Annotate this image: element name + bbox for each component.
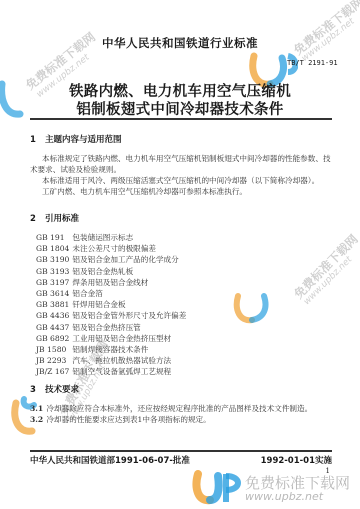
clause-text: 冷却器除应符合本标准外，还应按经规定程序批准的产品图样及技术文件制造。: [46, 404, 312, 413]
reference-code: GB 3190: [36, 254, 70, 265]
reference-code: GB 191: [36, 232, 70, 243]
reference-title: 焊条用铝及铝合金线材: [72, 278, 148, 287]
reference-title: 铝制焊接容器技术条件: [72, 345, 148, 354]
reference-title: 铝及铝合金管外形尺寸及允许偏差: [72, 311, 186, 320]
reference-item: GB 191 包装储运图示标志: [36, 232, 186, 243]
reference-item: GB 3614 铝合金箔: [36, 288, 186, 299]
reference-item: GB 4436 铝及铝合金管外形尺寸及允许偏差: [36, 310, 186, 321]
section-number: 3: [30, 385, 42, 395]
section-title: 引用标准: [45, 214, 79, 224]
industry-standard-label: 中华人民共和国铁道行业标准: [0, 35, 360, 51]
reference-code: GB 6892: [36, 333, 70, 344]
reference-title: 铝及铝合金热挤压管: [72, 323, 140, 332]
reference-title: 工业用铝及铝合金热挤压型材: [72, 334, 171, 343]
reference-item: GB 4437 铝及铝合金热挤压管: [36, 322, 186, 333]
section-paragraph: 工矿内燃、电力机车用空气压缩机冷却器可参照本标准执行。: [30, 187, 332, 198]
up-logo-icon: [232, 290, 277, 330]
reference-code: GB 4436: [36, 310, 70, 321]
section-heading-3: 3 技术要求: [30, 383, 79, 395]
section-heading-2: 2 引用标准: [30, 212, 79, 224]
reference-title: 未注公差尺寸的极限偏差: [72, 244, 156, 253]
clause-item: 3.1 冷却器除应符合本标准外，还应按经规定程序批准的产品图样及技术文件制造。: [30, 403, 312, 414]
reference-code: JB/Z 167: [36, 366, 70, 377]
clause-number: 3.2: [30, 414, 44, 425]
section-paragraph: 本标准适用于风冷、两级压缩活塞式空气压缩机的中间冷却器（以下简称冷却器）。: [30, 176, 332, 187]
section-number: 2: [30, 214, 42, 224]
clause-item: 3.2 冷却器的性能要求应达到表1中各项指标的规定。: [30, 414, 312, 425]
header-divider: [30, 118, 332, 120]
reference-code: GB 3881: [36, 299, 70, 310]
reference-title: 铝制空气设备氩弧焊工艺规程: [72, 367, 171, 376]
reference-item: GB 1804 未注公差尺寸的极限偏差: [36, 243, 186, 254]
reference-title: 钎焊用铝合金板: [72, 300, 125, 309]
reference-item: JB 1580 铝制焊接容器技术条件: [36, 344, 186, 355]
section-number: 1: [30, 135, 42, 145]
watermark-logo-site-url: www.upbz.net: [245, 490, 323, 503]
reference-code: GB 3197: [36, 277, 70, 288]
reference-code: GB 4437: [36, 322, 70, 333]
document-title-line2: 铝制板翅式中间冷却器技术条件: [0, 98, 360, 119]
reference-title: 铝合金箔: [72, 289, 102, 298]
footer-divider: [30, 450, 332, 452]
reference-item: GB 3881 钎焊用铝合金板: [36, 299, 186, 310]
reference-code: GB 1804: [36, 243, 70, 254]
reference-item: GB 3197 焊条用铝及铝合金线材: [36, 277, 186, 288]
reference-code: GB 3614: [36, 288, 70, 299]
section-heading-1: 1 主题内容与适用范围: [30, 133, 121, 145]
reference-title: 包装储运图示标志: [72, 233, 133, 242]
reference-title: 铝及铝合金热轧板: [72, 267, 133, 276]
clause-list: 3.1 冷却器除应符合本标准外，还应按经规定程序批准的产品图样及技术文件制造。 …: [30, 403, 312, 425]
reference-item: JB 2293 汽车、拖拉机散热器试验方法: [36, 355, 186, 366]
reference-title: 汽车、拖拉机散热器试验方法: [72, 356, 171, 365]
up-logo-icon: [192, 470, 242, 506]
implementation-date: 1992-01-01实施: [261, 454, 332, 466]
reference-code: GB 3193: [36, 266, 70, 277]
reference-item: GB 3190 铝及铝合金加工产品的化学成分: [36, 254, 186, 265]
reference-code: JB 1580: [36, 344, 70, 355]
reference-title: 铝及铝合金加工产品的化学成分: [72, 255, 178, 264]
section-paragraph: 本标准规定了铁路内燃、电力机车用空气压缩机铝制板翅式中间冷却器的性能参数、技术要…: [30, 154, 332, 175]
clause-text: 冷却器的性能要求应达到表1中各项指标的规定。: [46, 415, 210, 424]
standard-code: TB/T 2191-91: [287, 59, 338, 67]
reference-code: JB 2293: [36, 355, 70, 366]
reference-item: GB 6892 工业用铝及铝合金热挤压型材: [36, 333, 186, 344]
section-title: 主题内容与适用范围: [45, 135, 122, 145]
reference-list: GB 191 包装储运图示标志 GB 1804 未注公差尺寸的极限偏差 GB 3…: [36, 232, 186, 378]
reference-item: GB 3193 铝及铝合金热轧板: [36, 266, 186, 277]
reference-item: JB/Z 167 铝制空气设备氩弧焊工艺规程: [36, 366, 186, 377]
approval-statement: 中华人民共和国铁道部1991-06-07-批准: [30, 454, 190, 466]
section-title: 技术要求: [45, 385, 79, 395]
clause-number: 3.1: [30, 403, 44, 414]
